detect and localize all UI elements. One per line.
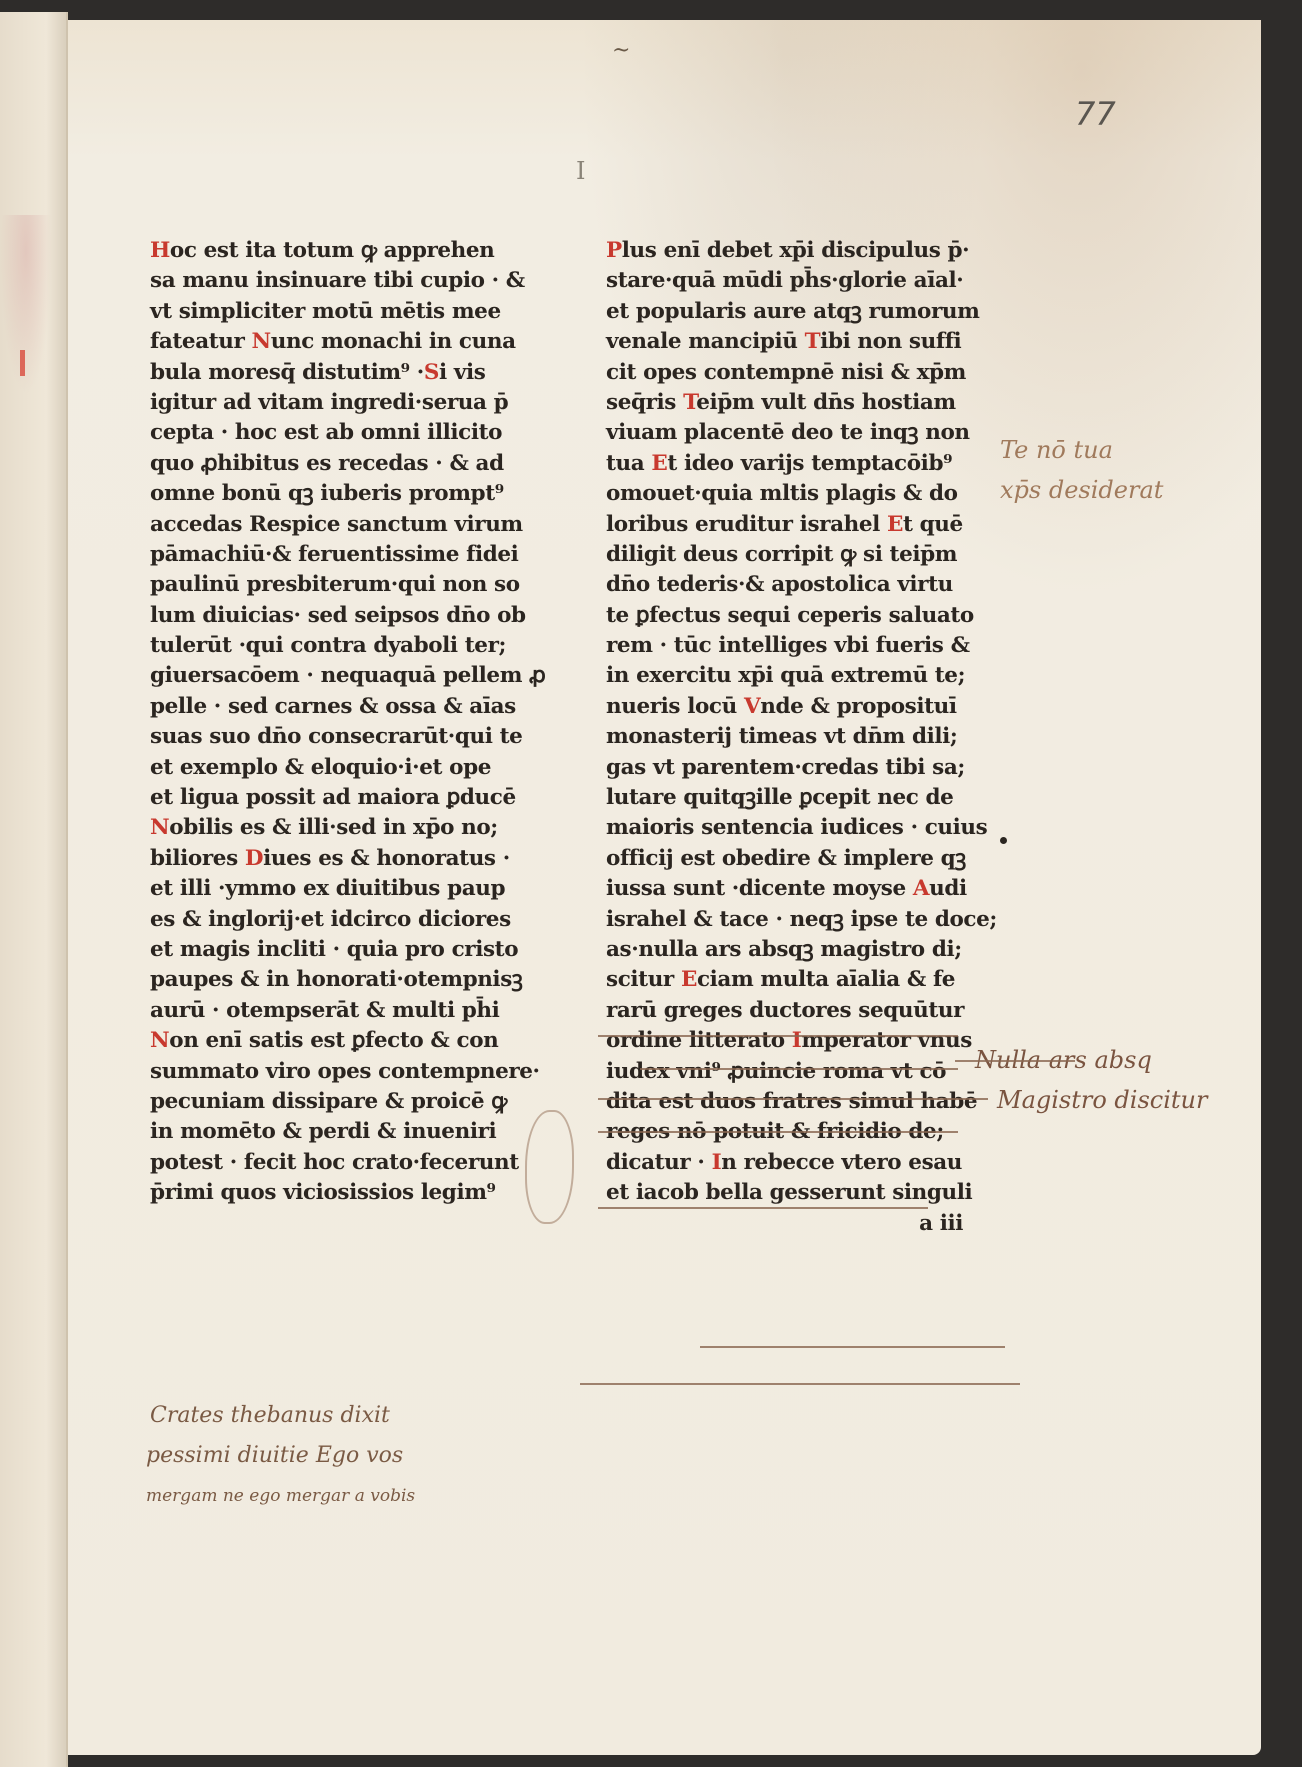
line-text: i vis xyxy=(439,360,485,385)
rubricated-initial: P xyxy=(606,238,622,263)
line-text: maioris sentencia iudices · cuius xyxy=(606,815,987,840)
line-text: dita est duos fratres simul habē xyxy=(606,1089,977,1114)
line-text: rarū greges ductores sequūtur xyxy=(606,998,964,1023)
line-text: iussa sunt ·dicente moyse xyxy=(606,876,913,901)
line-text: igitur ad vitam ingredi·serua p̄ xyxy=(150,390,508,415)
margin-dot xyxy=(1000,837,1007,844)
line-text: eip̄m vult dn̄s hostiam xyxy=(696,390,956,415)
line-text: suas suo dn̄o consecrarūt·qui te xyxy=(150,724,522,749)
text-line: dn̄o tederis·& apostolica virtu xyxy=(606,570,981,600)
line-text: ordine litterato xyxy=(606,1028,792,1053)
text-line: giuersacōem · nequaquā pellem ꝓ xyxy=(150,661,525,691)
manuscript-underline xyxy=(598,1207,928,1209)
line-text: cepta · hoc est ab omni illicito xyxy=(150,420,502,445)
manuscript-underline xyxy=(580,1383,1020,1385)
line-text: tua xyxy=(606,451,651,476)
rubricated-initial: D xyxy=(245,846,263,871)
top-mark: ~ xyxy=(612,38,630,63)
folio-number: 77 xyxy=(1075,95,1116,133)
signature-footer: a iii xyxy=(606,1209,963,1239)
facing-page-rubric-mark xyxy=(20,350,25,376)
text-line: fateatur Nunc monachi in cuna xyxy=(150,327,525,357)
line-text: stare·quā mūdi ph̄s·glorie aīal· xyxy=(606,268,963,293)
rubricated-initial: A xyxy=(913,876,929,901)
marginal-note-upper: Te nō tua xp̄s desiderat xyxy=(1000,430,1163,510)
text-line: cepta · hoc est ab omni illicito xyxy=(150,418,525,448)
line-text: nde & proposituī xyxy=(760,694,956,719)
text-line: rem · tūc intelliges vbi fueris & xyxy=(606,631,981,661)
line-text: aurū · otempserāt & multi ph̄i xyxy=(150,998,499,1023)
text-line: loribus eruditur israhel Et quē xyxy=(606,510,981,540)
manuscript-underline xyxy=(955,1060,1075,1062)
bottom-note-line: Crates thebanus dixit xyxy=(146,1396,415,1436)
text-line: diligit deus corripit ꝙ si teip̄m xyxy=(606,540,981,570)
marginal-note-line: Te nō tua xyxy=(1000,430,1163,470)
line-text: lutare quitqꝫille ꝑcepit nec de xyxy=(606,785,953,810)
rubricated-initial: S xyxy=(424,360,439,385)
text-line: et popularis aure atqꝫ rumorum xyxy=(606,297,981,327)
line-text: quo ꝓhibitus es recedas · & ad xyxy=(150,451,504,476)
line-text: et exemplo & eloquio·i·et ope xyxy=(150,755,491,780)
text-line: dicatur · In rebecce vtero esau xyxy=(606,1148,981,1178)
text-line: lum diuicias· sed seipsos dn̄o ob xyxy=(150,601,525,631)
line-text: pelle · sed carnes & ossa & aīas xyxy=(150,694,516,719)
line-text: venale mancipiū xyxy=(606,329,805,354)
manuscript-underline xyxy=(598,1035,958,1037)
text-line: es & inglorij·et idcirco diciores xyxy=(150,905,525,935)
right-text-column: Plus enī debet xp̄i discipulus p̄·stare·… xyxy=(606,236,981,1239)
rubricated-initial: T xyxy=(683,390,696,415)
text-line: Plus enī debet xp̄i discipulus p̄· xyxy=(606,236,981,266)
bottom-note-line: mergam ne ego mergar a vobis xyxy=(146,1476,415,1516)
text-line: p̄rimi quos viciosissios legim⁹ xyxy=(150,1178,525,1208)
rubricated-initial: N xyxy=(252,329,271,354)
text-line: biliores Diues es & honoratus · xyxy=(150,844,525,874)
line-text: pāmachiū·& feruentissime fidei xyxy=(150,542,518,567)
marginal-note-lower: Nulla ars absq Magistro discitur xyxy=(975,1040,1207,1120)
line-text: et popularis aure atqꝫ rumorum xyxy=(606,299,980,324)
rubricated-initial: N xyxy=(150,1028,169,1053)
line-text: summato viro opes contempnere· xyxy=(150,1059,540,1084)
line-text: diligit deus corripit ꝙ si teip̄m xyxy=(606,542,957,567)
text-line: aurū · otempserāt & multi ph̄i xyxy=(150,996,525,1026)
text-line: potest · fecit hoc crato·fecerunt xyxy=(150,1148,525,1178)
text-line: seq̄ris Teip̄m vult dn̄s hostiam xyxy=(606,388,981,418)
text-line: paupes & in honorati·otempnisꝫ xyxy=(150,965,525,995)
line-text: omouet·quia mltis plagis & do xyxy=(606,481,958,506)
rubricated-initial: E xyxy=(681,967,697,992)
line-text: potest · fecit hoc crato·fecerunt xyxy=(150,1150,519,1175)
line-text: paulinū presbiterum·qui non so xyxy=(150,572,520,597)
text-line: as·nulla ars absqꝫ magistro di; xyxy=(606,935,981,965)
line-text: n rebecce vtero esau xyxy=(721,1150,962,1175)
line-text: on enī satis est ꝑfecto & con xyxy=(169,1028,498,1053)
text-line: et exemplo & eloquio·i·et ope xyxy=(150,753,525,783)
line-text: t quē xyxy=(903,512,963,537)
line-text: gas vt parentem·credas tibi sa; xyxy=(606,755,965,780)
text-line: in momēto & perdi & inueniri xyxy=(150,1117,525,1147)
text-line: suas suo dn̄o consecrarūt·qui te xyxy=(150,722,525,752)
line-text: p̄rimi quos viciosissios legim⁹ xyxy=(150,1180,496,1205)
line-text: rem · tūc intelliges vbi fueris & xyxy=(606,633,970,658)
line-text: paupes & in honorati·otempnisꝫ xyxy=(150,967,523,992)
text-line: rarū greges ductores sequūtur xyxy=(606,996,981,1026)
marginal-note-line: Magistro discitur xyxy=(975,1080,1207,1120)
text-line: et iacob bella gesserunt singuli xyxy=(606,1178,981,1208)
text-line: sa manu insinuare tibi cupio · & xyxy=(150,266,525,296)
line-text: scitur xyxy=(606,967,681,992)
line-text: sa manu insinuare tibi cupio · & xyxy=(150,268,525,293)
facing-page-stain xyxy=(0,215,52,395)
text-line: bula moresq̄ distutim⁹ ·Si vis xyxy=(150,358,525,388)
text-line: nueris locū Vnde & proposituī xyxy=(606,692,981,722)
line-text: te ꝑfectus sequi ceperis saluato xyxy=(606,603,974,628)
rubricated-initial: I xyxy=(792,1028,802,1053)
text-line: te ꝑfectus sequi ceperis saluato xyxy=(606,601,981,631)
line-text: giuersacōem · nequaquā pellem ꝓ xyxy=(150,663,545,688)
manuscript-underline xyxy=(598,1131,958,1133)
line-text: loribus eruditur israhel xyxy=(606,512,887,537)
text-line: quo ꝓhibitus es recedas · & ad xyxy=(150,449,525,479)
manuscript-underline xyxy=(598,1098,988,1100)
line-text: nueris locū xyxy=(606,694,744,719)
rubricated-initial: I xyxy=(712,1150,722,1175)
text-line: lutare quitqꝫille ꝑcepit nec de xyxy=(606,783,981,813)
rubricated-initial: H xyxy=(150,238,170,263)
line-text: as·nulla ars absqꝫ magistro di; xyxy=(606,937,962,962)
line-text: pecuniam dissipare & proicē ꝙ xyxy=(150,1089,507,1114)
text-line: monasterij timeas vt dn̄m dili; xyxy=(606,722,981,752)
text-line: dita est duos fratres simul habē xyxy=(606,1087,981,1117)
text-line: tua Et ideo varijs temptacōib⁹ xyxy=(606,449,981,479)
left-text-column: Hoc est ita totum ꝙ apprehensa manu insi… xyxy=(150,236,525,1209)
text-line: stare·quā mūdi ph̄s·glorie aīal· xyxy=(606,266,981,296)
text-line: summato viro opes contempnere· xyxy=(150,1057,525,1087)
text-line: tulerūt ·qui contra dyaboli ter; xyxy=(150,631,525,661)
text-line: omne bonū qꝫ iuberis prompt⁹ xyxy=(150,479,525,509)
text-line: gas vt parentem·credas tibi sa; xyxy=(606,753,981,783)
line-text: ibi non suffi xyxy=(820,329,961,354)
text-line: israhel & tace · neqꝫ ipse te doce; xyxy=(606,905,981,935)
text-line: igitur ad vitam ingredi·serua p̄ xyxy=(150,388,525,418)
text-line: ordine litterato Imperator vnus xyxy=(606,1026,981,1056)
line-text: obilis es & illi·sed in xp̄o no; xyxy=(169,815,498,840)
text-line: Hoc est ita totum ꝙ apprehen xyxy=(150,236,525,266)
line-text: monasterij timeas vt dn̄m dili; xyxy=(606,724,957,749)
line-text: seq̄ris xyxy=(606,390,683,415)
text-line: et illi ·ymmo ex diuitibus paup xyxy=(150,874,525,904)
text-line: venale mancipiū Tibi non suffi xyxy=(606,327,981,357)
line-text: dn̄o tederis·& apostolica virtu xyxy=(606,572,953,597)
text-line: accedas Respice sanctum virum xyxy=(150,510,525,540)
line-text: es & inglorij·et idcirco diciores xyxy=(150,907,511,932)
line-text: lum diuicias· sed seipsos dn̄o ob xyxy=(150,603,526,628)
text-line: iudex vni⁹ ꝓuincie roma vt cō xyxy=(606,1057,981,1087)
signature-mark: I xyxy=(576,157,585,185)
text-line: scitur Eciam multa aīalia & fe xyxy=(606,965,981,995)
line-text: et magis incliti · quia pro cristo xyxy=(150,937,518,962)
text-line: paulinū presbiterum·qui non so xyxy=(150,570,525,600)
line-text: mperator vnus xyxy=(801,1028,971,1053)
rubricated-initial: N xyxy=(150,815,169,840)
line-text: accedas Respice sanctum virum xyxy=(150,512,523,537)
rubricated-initial: E xyxy=(651,451,667,476)
line-text: omne bonū qꝫ iuberis prompt⁹ xyxy=(150,481,504,506)
text-line: maioris sentencia iudices · cuius xyxy=(606,813,981,843)
text-line: et ligua possit ad maiora ꝑducē xyxy=(150,783,525,813)
text-line: Nobilis es & illi·sed in xp̄o no; xyxy=(150,813,525,843)
text-line: viuam placentē deo te inqꝫ non xyxy=(606,418,981,448)
text-line: cit opes contempnē nisi & xp̄m xyxy=(606,358,981,388)
line-text: israhel & tace · neqꝫ ipse te doce; xyxy=(606,907,997,932)
text-line: et magis incliti · quia pro cristo xyxy=(150,935,525,965)
text-line: pāmachiū·& feruentissime fidei xyxy=(150,540,525,570)
line-text: bula moresq̄ distutim⁹ · xyxy=(150,360,424,385)
line-text: biliores xyxy=(150,846,245,871)
line-text: in momēto & perdi & inueniri xyxy=(150,1119,496,1144)
text-line: Non enī satis est ꝑfecto & con xyxy=(150,1026,525,1056)
line-text: ciam multa aīalia & fe xyxy=(697,967,955,992)
line-text: officij est obedire & implere qꝫ xyxy=(606,846,966,871)
text-line: iussa sunt ·dicente moyse Audi xyxy=(606,874,981,904)
line-text: iues es & honoratus · xyxy=(263,846,510,871)
bottom-marginal-note: Crates thebanus dixit pessimi diuitie Eg… xyxy=(146,1396,415,1516)
rubricated-initial: T xyxy=(805,329,821,354)
text-line: omouet·quia mltis plagis & do xyxy=(606,479,981,509)
line-text: et ligua possit ad maiora ꝑducē xyxy=(150,785,516,810)
line-text: oc est ita totum ꝙ apprehen xyxy=(170,238,494,263)
text-line: vt simpliciter motū mētis mee xyxy=(150,297,525,327)
bottom-note-line: pessimi diuitie Ego vos xyxy=(146,1436,415,1476)
line-text: vt simpliciter motū mētis mee xyxy=(150,299,501,324)
line-text: et illi ·ymmo ex diuitibus paup xyxy=(150,876,505,901)
line-text: fateatur xyxy=(150,329,252,354)
line-text: tulerūt ·qui contra dyaboli ter; xyxy=(150,633,506,658)
text-line: pecuniam dissipare & proicē ꝙ xyxy=(150,1087,525,1117)
line-text: lus enī debet xp̄i discipulus p̄· xyxy=(622,238,969,263)
line-text: cit opes contempnē nisi & xp̄m xyxy=(606,360,966,385)
text-line: officij est obedire & implere qꝫ xyxy=(606,844,981,874)
text-line: in exercitu xp̄i quā extremū te; xyxy=(606,661,981,691)
rubricated-initial: E xyxy=(887,512,903,537)
line-text: in exercitu xp̄i quā extremū te; xyxy=(606,663,965,688)
line-text: dicatur · xyxy=(606,1150,712,1175)
rubricated-initial: V xyxy=(744,694,760,719)
marginal-note-line: xp̄s desiderat xyxy=(1000,470,1163,510)
line-text: iudex vni⁹ ꝓuincie roma vt cō xyxy=(606,1059,946,1084)
margin-doodle xyxy=(525,1110,574,1224)
text-line: reges nō potuit & fricidio de; xyxy=(606,1117,981,1147)
text-line: pelle · sed carnes & ossa & aīas xyxy=(150,692,525,722)
line-text: viuam placentē deo te inqꝫ non xyxy=(606,420,970,445)
line-text: unc monachi in cuna xyxy=(271,329,516,354)
line-text: t ideo varijs temptacōib⁹ xyxy=(667,451,952,476)
line-text: udi xyxy=(929,876,967,901)
line-text: et iacob bella gesserunt singuli xyxy=(606,1180,972,1205)
manuscript-underline xyxy=(640,1068,958,1070)
manuscript-underline xyxy=(700,1346,1005,1348)
